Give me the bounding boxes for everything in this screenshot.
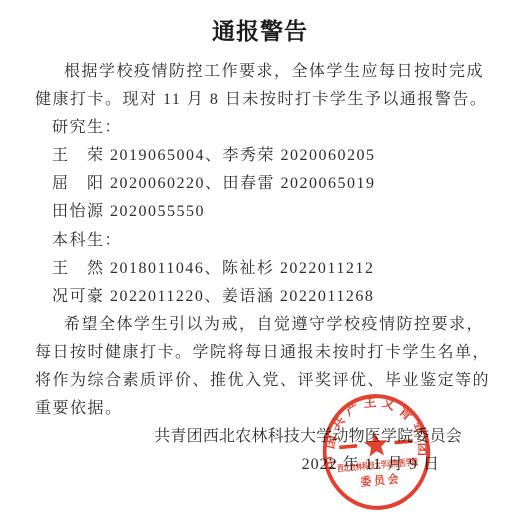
notice-title: 通报警告 bbox=[0, 0, 520, 46]
notice-document: 通报警告 根据学校疫情防控工作要求，全体学生应每日按时完成 健康打卡。现对 11… bbox=[0, 0, 520, 519]
notice-body: 根据学校疫情防控工作要求，全体学生应每日按时完成 健康打卡。现对 11 月 8 … bbox=[35, 58, 487, 479]
signature-org: 共青团西北农林科技大学动物医学院委员会 bbox=[35, 423, 487, 451]
undergraduate-section-header: 本科生： bbox=[35, 227, 487, 255]
closing-line-3: 将作为综合素质评价、推优入党、评奖评优、毕业鉴定等的 bbox=[35, 367, 487, 395]
signature-date: 2022 年 11 月 9 日 bbox=[35, 451, 487, 479]
closing-line-1: 希望全体学生引以为戒，自觉遵守学校疫情防控要求， bbox=[35, 311, 487, 339]
graduate-name-line: 王 荣 2019065004、李秀荣 2020060205 bbox=[35, 142, 487, 170]
undergraduate-name-line: 况可豪 2022011220、姜语涵 2022011268 bbox=[35, 283, 487, 311]
closing-line-4: 重要依据。 bbox=[35, 395, 487, 423]
graduate-section-header: 研究生： bbox=[35, 114, 487, 142]
graduate-name-line: 屈 阳 2020060220、田春雷 2020065019 bbox=[35, 170, 487, 198]
intro-line-2: 健康打卡。现对 11 月 8 日未按时打卡学生予以通报警告。 bbox=[35, 86, 487, 114]
intro-line-1: 根据学校疫情防控工作要求，全体学生应每日按时完成 bbox=[35, 58, 487, 86]
undergraduate-name-line: 王 然 2018011046、陈祉杉 2022011212 bbox=[35, 255, 487, 283]
closing-line-2: 每日按时健康打卡。学院将每日通报未按时打卡学生名单， bbox=[35, 339, 487, 367]
graduate-name-line: 田怡源 2020055550 bbox=[35, 198, 487, 226]
